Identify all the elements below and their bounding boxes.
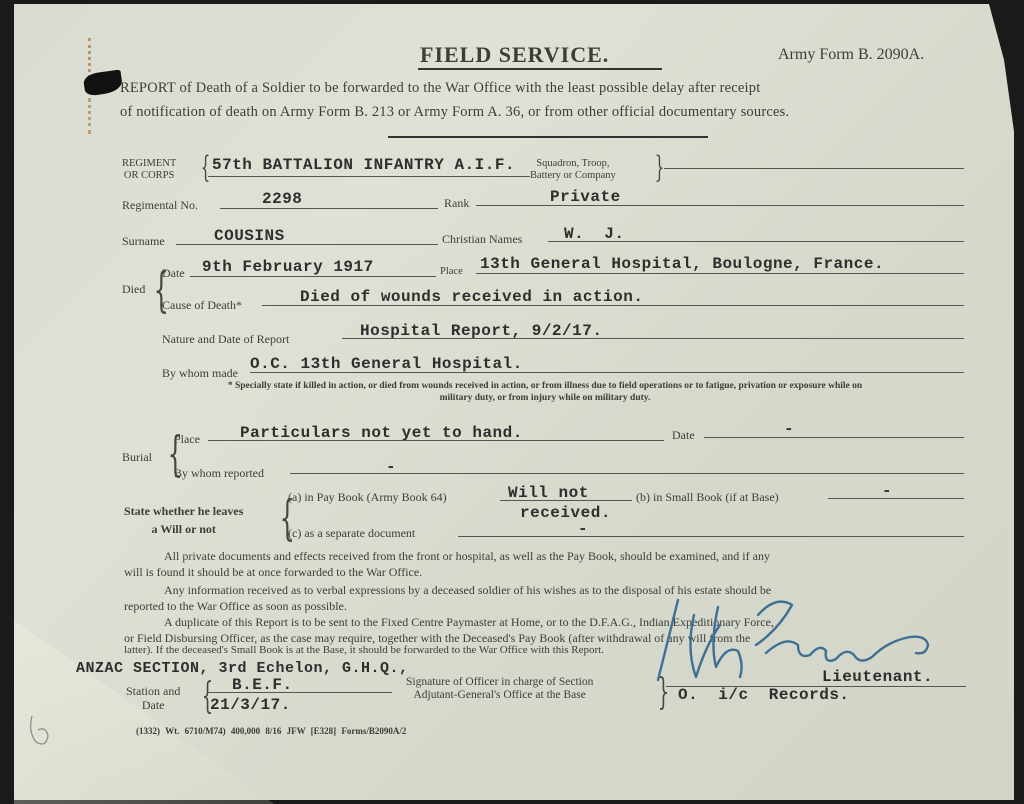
will-a-value-2: received.: [520, 504, 611, 522]
print-code: (1332) Wt. 6710/M74) 400,000 8/16 JFW [E…: [136, 726, 406, 736]
will-b-line: [828, 498, 964, 499]
squadron-line: [664, 168, 964, 169]
regimental-no-label: Regimental No.: [122, 198, 198, 213]
will-a-line: [500, 500, 632, 501]
regiment-label: REGIMENT OR CORPS: [122, 158, 176, 182]
died-place-line: [476, 273, 964, 274]
station-date-value: 21/3/17.: [210, 696, 291, 714]
burial-place-label: Place: [174, 432, 200, 447]
form-number: Army Form B. 2090A.: [778, 46, 924, 64]
instruction-1-line-1: All private documents and effects receiv…: [164, 548, 770, 564]
signature-label: Signature of Officer in charge of Sectio…: [406, 676, 593, 702]
rank-value: Private: [550, 188, 621, 206]
will-b-label: (b) in Small Book (if at Base): [636, 490, 779, 505]
regiment-line: [208, 176, 530, 177]
squadron-label: Squadron, Troop, Battery or Company: [530, 158, 616, 182]
cause-footnote: * Specially state if killed in action, o…: [130, 380, 960, 404]
burial-reported-label: By whom reported: [174, 466, 264, 481]
intro-line-1: REPORT of Death of a Soldier to be forwa…: [120, 76, 760, 100]
rank-line: [476, 205, 964, 206]
regimental-no-value: 2298: [262, 190, 302, 208]
rust-stain: [88, 98, 101, 134]
rank-label: Rank: [444, 196, 469, 211]
will-a-label: (a) in Pay Book (Army Book 64): [288, 490, 447, 505]
header-divider: [388, 136, 708, 138]
burial-date-label: Date: [672, 428, 695, 443]
died-place-value: 13th General Hospital, Boulogne, France.: [480, 255, 884, 273]
surname-label: Surname: [122, 234, 165, 249]
cause-of-death-label: Cause of Death*: [162, 298, 242, 313]
burial-place-line: [208, 440, 664, 441]
instruction-3-line-3: latter). If the deceased's Small Book is…: [124, 642, 604, 658]
died-place-label: Place: [440, 266, 463, 277]
cause-of-death-value: Died of wounds received in action.: [300, 288, 643, 306]
regiment-value: 57th BATTALION INFANTRY A.I.F.: [212, 156, 515, 174]
brace: {: [201, 150, 211, 185]
surname-value: COUSINS: [214, 227, 285, 245]
regimental-no-line: [220, 208, 438, 209]
form-title: FIELD SERVICE.: [420, 42, 609, 68]
by-whom-made-value: O.C. 13th General Hospital.: [250, 355, 523, 373]
station-line: [208, 692, 392, 693]
nature-report-line: [342, 338, 964, 339]
burial-reported-line: [290, 473, 964, 474]
will-c-line: [458, 536, 964, 537]
by-whom-made-label: By whom made: [162, 366, 238, 381]
christian-names-label: Christian Names: [442, 232, 522, 247]
died-label: Died: [122, 282, 145, 297]
christian-names-line: [548, 241, 964, 242]
intro-line-2: of notification of death on Army Form B.…: [120, 100, 789, 124]
station-date-label: Station and Date: [126, 684, 180, 712]
burial-date-line: [704, 437, 964, 438]
surname-line: [176, 244, 438, 245]
nature-report-label: Nature and Date of Report: [162, 332, 289, 347]
title-underline: [418, 68, 662, 70]
will-c-label: (c) as a separate document: [288, 526, 415, 541]
burial-label: Burial: [122, 450, 152, 465]
instruction-2-line-2: reported to the War Office as soon as po…: [124, 598, 347, 614]
by-whom-made-line: [250, 372, 964, 373]
cause-of-death-line: [262, 305, 964, 306]
died-date-line: [190, 276, 436, 277]
will-label: State whether he leaves a Will or not: [124, 502, 243, 538]
died-date-label: Date: [162, 266, 185, 281]
pencil-mark: [26, 712, 56, 752]
handwritten-signature: [648, 585, 948, 705]
died-date-value: 9th February 1917: [202, 258, 374, 276]
brace: }: [655, 150, 665, 185]
instruction-1-line-2: will is found it should be at once forwa…: [124, 564, 422, 580]
burial-date-value: -: [784, 420, 794, 438]
section-stamp: ANZAC SECTION, 3rd Echelon, G.H.Q.,: [76, 660, 409, 677]
